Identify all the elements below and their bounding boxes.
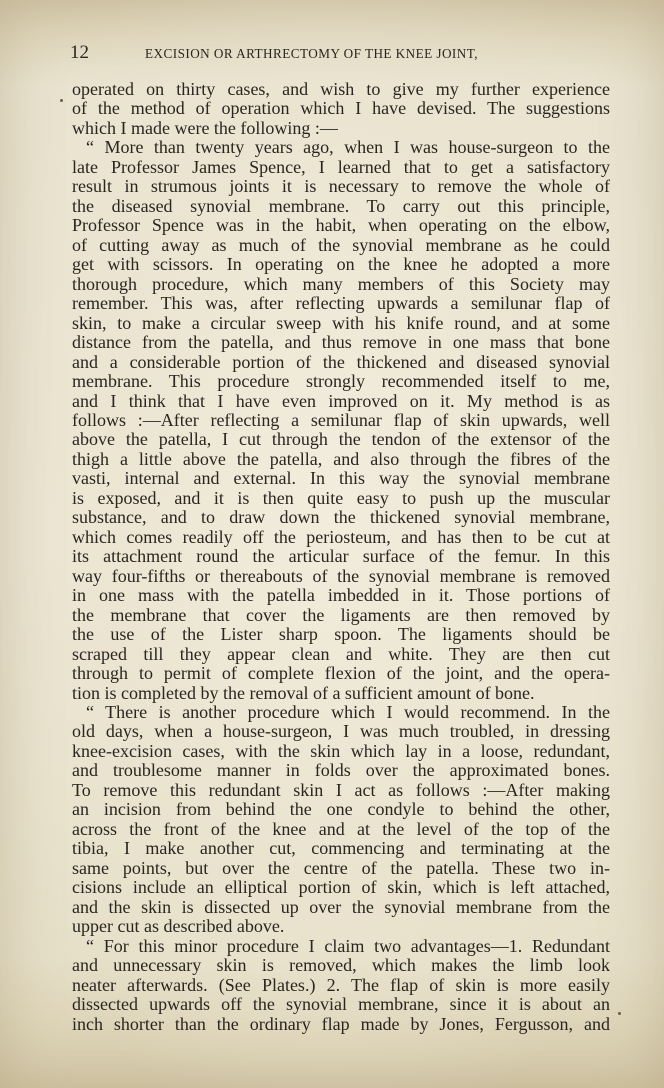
text-line: and the skin is dissected up over the sy… [72,898,610,917]
text-line: above the patella, I cut through the ten… [72,430,610,449]
text-line: and a considerable portion of the thicke… [72,353,610,372]
text-line: same points, but over the centre of the … [72,859,610,878]
text-line: its attachment round the articular surfa… [72,547,610,566]
text-line: tibia, I make another cut, commencing an… [72,839,610,858]
text-line: the diseased synovial membrane. To carry… [72,197,610,216]
text-line: follows :—After reflecting a semilunar f… [72,411,610,430]
text-line: in one mass with the patella imbedded in… [72,586,610,605]
page-header: 12 EXCISION OR ARTHRECTOMY OF THE KNEE J… [70,42,540,66]
body-text: operated on thirty cases, and wish to gi… [72,80,610,1034]
text-line: through to permit of complete flexion of… [72,664,610,683]
text-line: distance from the patella, and thus remo… [72,333,610,352]
text-line: which comes readily off the periosteum, … [72,528,610,547]
text-line: tion is completed by the removal of a su… [72,684,610,703]
text-line: upper cut as described above. [72,917,610,936]
text-line: cisions include an elliptical portion of… [72,878,610,897]
text-line: operated on thirty cases, and wish to gi… [72,80,610,99]
running-head: EXCISION OR ARTHRECTOMY OF THE KNEE JOIN… [145,45,478,63]
text-line: result in strumous joints it is necessar… [72,177,610,196]
text-line: substance, and to draw down the thickene… [72,508,610,527]
text-line: To remove this redundant skin I act as f… [72,781,610,800]
margin-speck [60,99,63,102]
text-line: membrane. This procedure strongly recomm… [72,372,610,391]
text-line: inch shorter than the ordinary flap made… [72,1015,610,1034]
text-line: neater afterwards. (See Plates.) 2. The … [72,976,610,995]
text-line: thorough procedure, which many members o… [72,275,610,294]
text-line: and unnecessary skin is removed, which m… [72,956,610,975]
margin-speck [618,1012,621,1015]
text-line: is exposed, and it is then quite easy to… [72,489,610,508]
text-line: of the method of operation which I have … [72,99,610,118]
text-line: get with scissors. In operating on the k… [72,255,610,274]
text-line: scraped till they appear clean and white… [72,645,610,664]
book-page: 12 EXCISION OR ARTHRECTOMY OF THE KNEE J… [0,0,664,1088]
text-line: the membrane that cover the ligaments ar… [72,606,610,625]
text-line: of cutting away as much of the synovial … [72,236,610,255]
text-line: “ For this minor procedure I claim two a… [72,937,610,956]
text-line: old days, when a house-surgeon, I was mu… [72,722,610,741]
text-line: which I made were the following :— [72,119,610,138]
text-line: knee-excision cases, with the skin which… [72,742,610,761]
page-number: 12 [70,42,89,64]
text-line: way four-fifths or thereabouts of the sy… [72,567,610,586]
text-line: thigh a little above the patella, and al… [72,450,610,469]
text-line: the use of the Lister sharp spoon. The l… [72,625,610,644]
text-line: “ More than twenty years ago, when I was… [72,138,610,157]
text-line: an incision from behind the one condyle … [72,800,610,819]
text-line: and I think that I have even improved on… [72,392,610,411]
text-line: and troublesome manner in folds over the… [72,761,610,780]
text-line: Professor Spence was in the habit, when … [72,216,610,235]
text-line: “ There is another procedure which I wou… [72,703,610,722]
text-line: across the front of the knee and at the … [72,820,610,839]
text-line: vasti, internal and external. In this wa… [72,469,610,488]
text-line: late Professor James Spence, I learned t… [72,158,610,177]
text-line: dissected upwards off the synovial membr… [72,995,610,1014]
text-line: remember. This was, after reflecting upw… [72,294,610,313]
text-line: skin, to make a circular sweep with his … [72,314,610,333]
